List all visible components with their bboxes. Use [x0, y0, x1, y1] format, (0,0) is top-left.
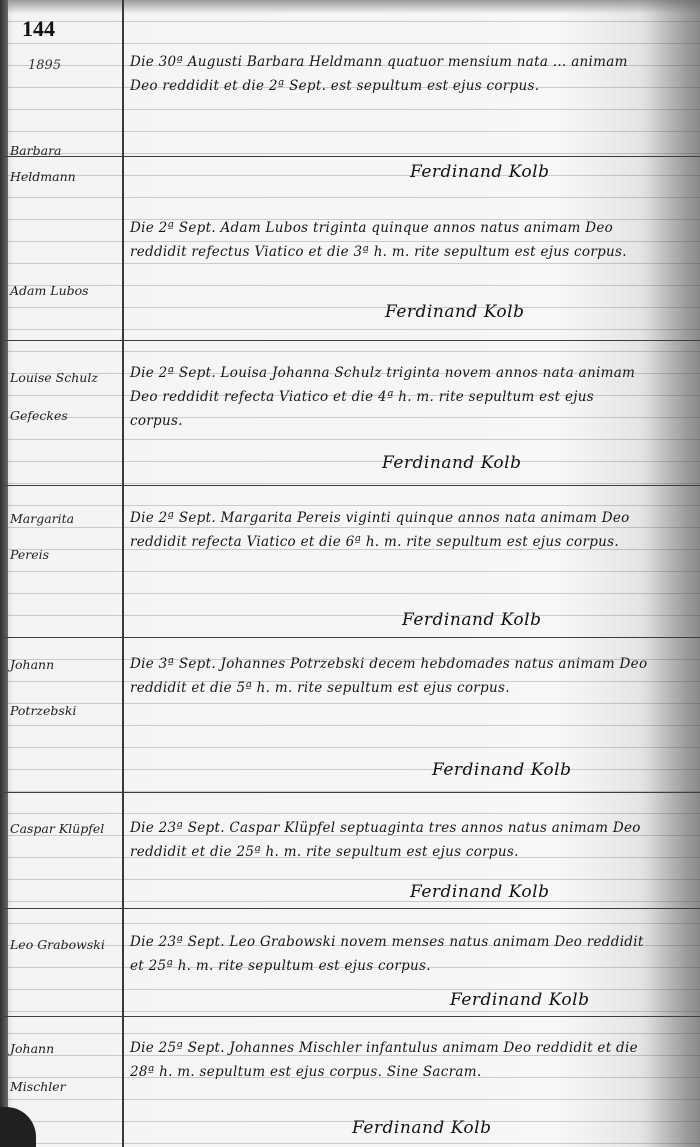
entry-text: Die 25ª Sept. Johannes Mischler infantul… [130, 1036, 650, 1084]
entry-signature: Ferdinand Kolb [352, 1118, 492, 1138]
entry-text: Die 2ª Sept. Louisa Johanna Schulz trigi… [130, 361, 650, 433]
entry-name-line2: Pereis [10, 542, 118, 568]
register-entry: Margarita Pereis Die 2ª Sept. Margarita … [0, 492, 700, 638]
entry-signature: Ferdinand Kolb [410, 162, 550, 182]
register-entry: Johann Mischler Die 25ª Sept. Johannes M… [0, 1022, 700, 1147]
entry-text: Die 23ª Sept. Caspar Klüpfel septuaginta… [130, 816, 650, 864]
entry-text: Die 30ª Augusti Barbara Heldmann quatuor… [130, 50, 650, 98]
entry-name-line2: Mischler [10, 1074, 118, 1100]
entry-name: Johann [10, 1036, 118, 1062]
entry-name: Leo Grabowski [10, 932, 118, 958]
entry-text: Die 2ª Sept. Adam Lubos triginta quinque… [130, 216, 650, 264]
register-entry: Johann Potrzebski Die 3ª Sept. Johannes … [0, 642, 700, 793]
entry-signature: Ferdinand Kolb [385, 302, 525, 322]
entry-name: Louise Schulz [10, 365, 118, 391]
entry-signature: Ferdinand Kolb [382, 453, 522, 473]
entry-name-line2: Gefeckes [10, 403, 118, 429]
entry-text: Die 3ª Sept. Johannes Potrzebski decem h… [130, 652, 650, 700]
entry-signature: Ferdinand Kolb [450, 990, 590, 1010]
entry-name: Barbara Heldmann [10, 138, 118, 190]
register-entry: Caspar Klüpfel Die 23ª Sept. Caspar Klüp… [0, 800, 700, 909]
entry-name: Johann [10, 652, 118, 678]
entry-name-line2: Potrzebski [10, 698, 118, 724]
entry-signature: Ferdinand Kolb [432, 760, 572, 780]
register-page: 144 1895 Barbara Heldmann Die 30ª August… [0, 0, 700, 1147]
entry-text: Die 2ª Sept. Margarita Pereis viginti qu… [130, 506, 650, 554]
entry-signature: Ferdinand Kolb [410, 882, 550, 902]
entry-signature: Ferdinand Kolb [402, 610, 542, 630]
register-entry: Louise Schulz Gefeckes Die 2ª Sept. Loui… [0, 345, 700, 486]
register-entry: Adam Lubos Die 2ª Sept. Adam Lubos trigi… [0, 200, 700, 341]
register-entry: Barbara Heldmann Die 30ª Augusti Barbara… [0, 38, 700, 157]
entry-name: Adam Lubos [10, 278, 118, 304]
register-entry: Leo Grabowski Die 23ª Sept. Leo Grabowsk… [0, 912, 700, 1017]
entry-name: Margarita [10, 506, 118, 532]
entry-name: Caspar Klüpfel [10, 816, 118, 842]
entry-text: Die 23ª Sept. Leo Grabowski novem menses… [130, 930, 650, 978]
scan-top-edge [0, 0, 700, 14]
